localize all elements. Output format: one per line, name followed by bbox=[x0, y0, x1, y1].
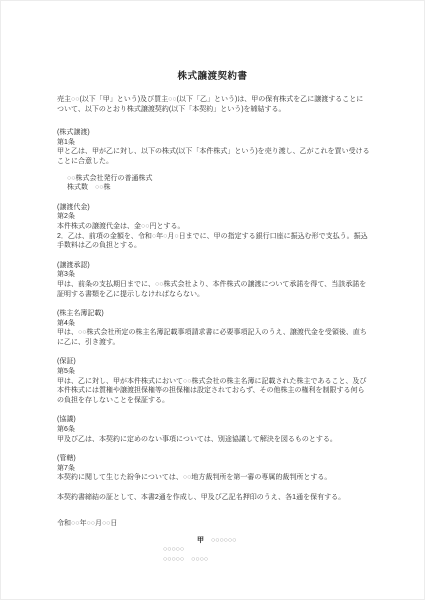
article-paragraph: 甲は、乙に対し、甲が本件株式において○○株式会社の株主名簿に記載された株主である… bbox=[57, 377, 370, 406]
article-number: 第5条 bbox=[57, 367, 370, 377]
contract-article-4: (株主名簿記載)第4条甲は、○○株式会社所定の株主名簿記載事項請求書に必要事項記… bbox=[57, 309, 370, 347]
placeholder-circles: ○○ bbox=[67, 175, 75, 182]
contract-article-1: (株式譲渡)第1条甲と乙は、甲が乙に対し、以下の株式(以下「本件株式」という)を… bbox=[57, 128, 370, 193]
article-heading: (保証) bbox=[57, 357, 370, 367]
article-paragraph: 甲は、○○株式会社所定の株主名簿記載事項請求書に必要事項記入のうえ、譲渡代金を受… bbox=[57, 328, 370, 347]
article-number: 第4条 bbox=[57, 319, 370, 329]
article-number: 第6条 bbox=[57, 425, 370, 435]
article-paragraph: 2．乙は、前項の金額を、令和○年○月○日までに、甲の指定する銀行口座に振込む形で… bbox=[57, 232, 370, 251]
article-heading: (譲渡代金) bbox=[57, 203, 370, 213]
placeholder-circles: ○○ bbox=[183, 474, 191, 481]
placeholder-circles: ○○ bbox=[71, 96, 79, 103]
share-detail-line: 株式数 ○○株 bbox=[67, 183, 370, 193]
closing-clause: 本契約書締結の証として、本書2通を作成し、甲及び乙記名押印のうえ、各1通を保有す… bbox=[57, 493, 370, 503]
contract-article-7: (管轄)第7条本契約に関して生じた紛争については、○○地方裁判所を第一審の専属的… bbox=[57, 454, 370, 483]
articles: (株式譲渡)第1条甲と乙は、甲が乙に対し、以下の株式(以下「本件株式」という)を… bbox=[57, 128, 370, 483]
article-heading: (管轄) bbox=[57, 454, 370, 464]
placeholder-circles: ○○○○ bbox=[191, 556, 208, 563]
placeholder-circles: ○○ bbox=[183, 378, 191, 385]
contract-article-2: (譲渡代金)第2条本件株式の譲渡代金は、金○○円とする。2．乙は、前項の金額を、… bbox=[57, 203, 370, 251]
article-paragraph: 本契約に関して生じた紛争については、○○地方裁判所を第一審の専属的裁判所とする。 bbox=[57, 473, 370, 483]
contract-preamble: 売主○○(以下「甲」という)及び買主○○(以下「乙」という)は、甲の保有株式を乙… bbox=[57, 95, 370, 114]
placeholder-circles: ○○ bbox=[168, 96, 176, 103]
placeholder-circles: ○ bbox=[152, 233, 156, 240]
contract-date: 令和○○年○○月○○日 bbox=[57, 519, 370, 529]
placeholder-circles: ○○○○○ bbox=[163, 546, 184, 553]
contract-article-5: (保証)第5条甲は、乙に対し、甲が本件株式において○○株式会社の株主名簿に記載さ… bbox=[57, 357, 370, 405]
signature-party-line: 甲 ○○○○○○ bbox=[163, 536, 370, 545]
party-label: 甲 bbox=[197, 537, 204, 544]
placeholder-circles: ○ bbox=[163, 233, 167, 240]
placeholder-circles: ○○ bbox=[102, 520, 110, 527]
article-paragraph: 甲及び乙は、本契約に定めのない事項については、別途協議して解決を図るものとする。 bbox=[57, 435, 370, 445]
article-paragraph: 甲と乙は、甲が乙に対し、以下の株式(以下「本件株式」という)を売り渡し、乙がこれ… bbox=[57, 147, 370, 166]
article-heading: (譲渡承認) bbox=[57, 261, 370, 271]
article-number: 第7条 bbox=[57, 464, 370, 474]
placeholder-circles: ○○ bbox=[95, 184, 103, 191]
placeholder-circles: ○○○○○○ bbox=[211, 537, 236, 544]
share-details: ○○株式会社発行の普通株式株式数 ○○株 bbox=[67, 174, 370, 193]
placeholder-circles: ○ bbox=[174, 233, 178, 240]
article-heading: (株式譲渡) bbox=[57, 128, 370, 138]
placeholder-circles: ○○ bbox=[141, 223, 149, 230]
placeholder-circles: ○○ bbox=[86, 520, 94, 527]
article-number: 第1条 bbox=[57, 138, 370, 148]
placeholder-circles: ○○ bbox=[71, 520, 79, 527]
article-heading: (協議) bbox=[57, 415, 370, 425]
signature-block: 甲 ○○○○○○ ○○○○○ ○○○○○ ○○○○ bbox=[163, 536, 370, 564]
signature-placeholder-1: ○○○○○○ bbox=[211, 537, 236, 544]
placeholder-circles: ○○ bbox=[78, 329, 86, 336]
placeholder-circles: ○○○○○ bbox=[163, 556, 184, 563]
article-number: 第2条 bbox=[57, 212, 370, 222]
article-paragraph: 甲は、前条の支払期日までに、○○株式会社より、本件株式の譲渡について承諾を得て、… bbox=[57, 280, 370, 299]
document-body: 売主○○(以下「甲」という)及び買主○○(以下「乙」という)は、甲の保有株式を乙… bbox=[57, 95, 370, 564]
contract-article-3: (譲渡承認)第3条甲は、前条の支払期日までに、○○株式会社より、本件株式の譲渡に… bbox=[57, 261, 370, 299]
share-detail-line: ○○株式会社発行の普通株式 bbox=[67, 174, 370, 184]
article-number: 第3条 bbox=[57, 270, 370, 280]
article-paragraph: 本件株式の譲渡代金は、金○○円とする。 bbox=[57, 222, 370, 232]
placeholder-circles: ○○ bbox=[155, 281, 163, 288]
contract-document-page: 株式譲渡契約書 売主○○(以下「甲」という)及び買主○○(以下「乙」という)は、… bbox=[0, 0, 425, 600]
signature-placeholder-3: ○○○○○ ○○○○ bbox=[163, 555, 370, 564]
document-title: 株式譲渡契約書 bbox=[0, 0, 425, 82]
signature-placeholder-2: ○○○○○ bbox=[163, 545, 370, 554]
article-heading: (株主名簿記載) bbox=[57, 309, 370, 319]
contract-article-6: (協議)第6条甲及び乙は、本契約に定めのない事項については、別途協議して解決を図… bbox=[57, 415, 370, 444]
